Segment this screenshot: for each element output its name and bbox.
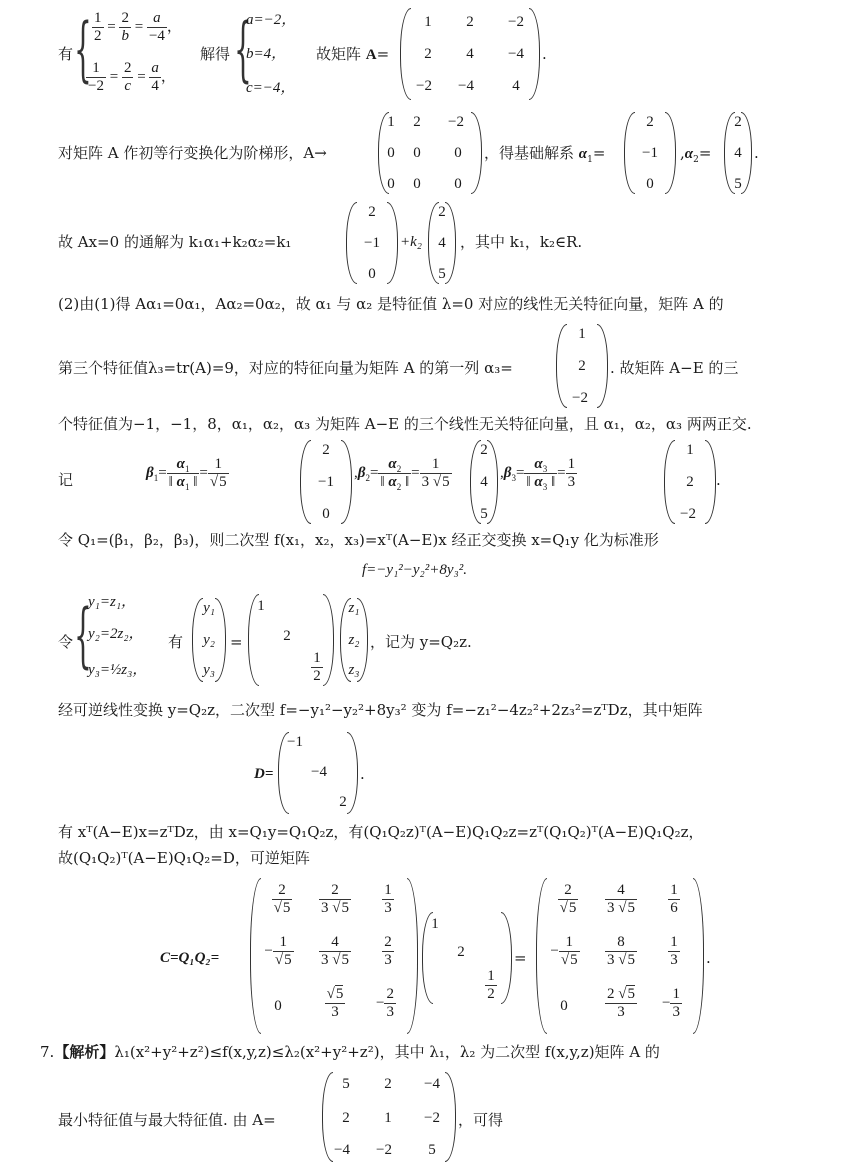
D-label: D= [254, 764, 273, 784]
equals: = [514, 948, 527, 968]
period: . [706, 948, 711, 968]
C-matrix: 2√5 43 √5 16 −1√5 83 √5 13 0 2 √53 −13 [536, 878, 704, 1034]
equation-row-1: 12 = 2b = a−4， [92, 10, 182, 45]
alpha2-vector: 2 4 5 [724, 112, 752, 194]
beta2-expr: ,β2=α2‖ α2 ‖=13 √5 [354, 456, 452, 491]
Q1-matrix: 2√5 23 √5 13 −1√5 43 √5 23 0 √53 −23 [250, 878, 418, 1034]
matrix-A: 1 2 −2 2 4 −4 −2 −4 4 [400, 8, 540, 100]
solution-c: c=−4， [246, 78, 295, 98]
final-line2: 故(Q₁Q₂)ᵀ(A−E)Q₁Q₂=D，可逆矩阵 [58, 848, 310, 868]
final-line1: 有 xᵀ(A−E)x=zᵀDz，由 x=Q₁y=Q₁Q₂z，有(Q₁Q₂z)ᵀ(… [58, 822, 704, 842]
k2-label: +k₂ [400, 232, 422, 252]
basis-text: ，得基础解系 α1= [484, 143, 605, 164]
q7-line2-suffix: ，可得 [458, 1110, 503, 1130]
equation-row-2: 1−2 = 2c = a4， [86, 60, 176, 95]
alpha1-vector: 2 −1 0 [624, 112, 676, 194]
ling-label: 令 [58, 632, 73, 652]
q7-line2: 最小特征值与最大特征值. 由 A= [58, 1110, 276, 1130]
part2-line1: (2)由(1)得 Aα₁=0α₁，Aα₂=0α₂，故 α₁ 与 α₂ 是特征值 … [58, 294, 724, 314]
analysis-tag: 【解析】 [54, 1043, 114, 1061]
alpha1-vector-2: 2 −1 0 [346, 202, 398, 284]
beta2-vector: 2 4 5 [470, 440, 498, 524]
period: . [754, 143, 759, 163]
alpha2-label: ,α2= [680, 143, 711, 164]
sys-eq-3: y₃=½z₃， [88, 660, 147, 680]
solution-a: a=−2， [246, 10, 296, 30]
q7-line1: 7.【解析】λ₁(x²+y²+z²)≤f(x,y,z)≤λ₂(x²+y²+z²)… [40, 1042, 660, 1062]
period: . [542, 44, 547, 64]
beta1-vector: 2 −1 0 [300, 440, 352, 524]
equals: = [230, 632, 243, 652]
sys-eq-2: y₂=2z₂， [88, 624, 144, 644]
D-matrix: −1 −4 2 [278, 732, 358, 814]
ji-label: 记 [58, 470, 73, 490]
beta3-expr: ,β3=α3‖ α3 ‖=13 [500, 456, 577, 491]
beta3-vector: 1 2 −2 [664, 440, 716, 524]
matrix-A-q7: 5 2 −4 2 1 −2 −4 −2 5 [322, 1072, 456, 1162]
gu-label: 故矩阵 A= [316, 44, 389, 65]
you-label-2: 有 [168, 632, 183, 652]
Q2-diag-matrix: 1 2 12 [422, 912, 512, 1004]
z-vector: z₁ z₂ z₃ [340, 598, 368, 682]
part2-line3: 个特征值为−1，−1，8，α₁，α₂，α₃ 为矩阵 A−E 的三个线性无关特征向… [58, 414, 752, 434]
q1-line1: 令 Q₁=(β₁，β₂，β₃)，则二次型 f(x₁，x₂，x₃)=xᵀ(A−E)… [58, 530, 659, 550]
general-solution-suffix: ，其中 k₁，k₂∈R. [460, 232, 582, 252]
alpha3-vector: 1 2 −2 [556, 324, 608, 408]
part2-line2: 第三个特征值λ₃=tr(A)=9，对应的特征向量为矩阵 A 的第一列 α₃= [58, 358, 513, 378]
C-label: C=Q₁Q₂= [160, 948, 219, 968]
solution-b: b=4， [246, 44, 286, 64]
question-number: 7. [40, 1043, 54, 1061]
general-solution-text: 故 Ax=0 的通解为 k₁α₁+k₂α₂=k₁ [58, 232, 291, 252]
period: . [360, 764, 365, 784]
echelon-matrix: 1 2 −2 0 0 0 0 0 0 [378, 112, 482, 194]
alpha2-vector-2: 2 4 5 [428, 202, 456, 284]
part2-line2-suffix: . 故矩阵 A−E 的三 [610, 358, 738, 378]
q1-standard-form: f=−y₁²−y₂²+8y₃². [362, 560, 467, 580]
period: . [716, 470, 721, 490]
you-label: 有 [58, 44, 73, 64]
beta1-expr: β1=α1‖ α1 ‖=1√5 [146, 456, 229, 491]
jiede-label: 解得 [200, 44, 230, 64]
Q2-matrix: 1 2 12 [248, 594, 334, 686]
row-reduce-text: 对矩阵 A 作初等行变换化为阶梯形，A→ [58, 143, 327, 163]
q2-suffix: ，记为 y=Q₂z. [370, 632, 472, 652]
transform-line: 经可逆线性变换 y=Q₂z，二次型 f=−y₁²−y₂²+8y₃² 变为 f=−… [58, 700, 703, 720]
sys-eq-1: y₁=z₁， [88, 592, 136, 612]
y-vector: y₁ y₂ y₃ [192, 598, 226, 682]
